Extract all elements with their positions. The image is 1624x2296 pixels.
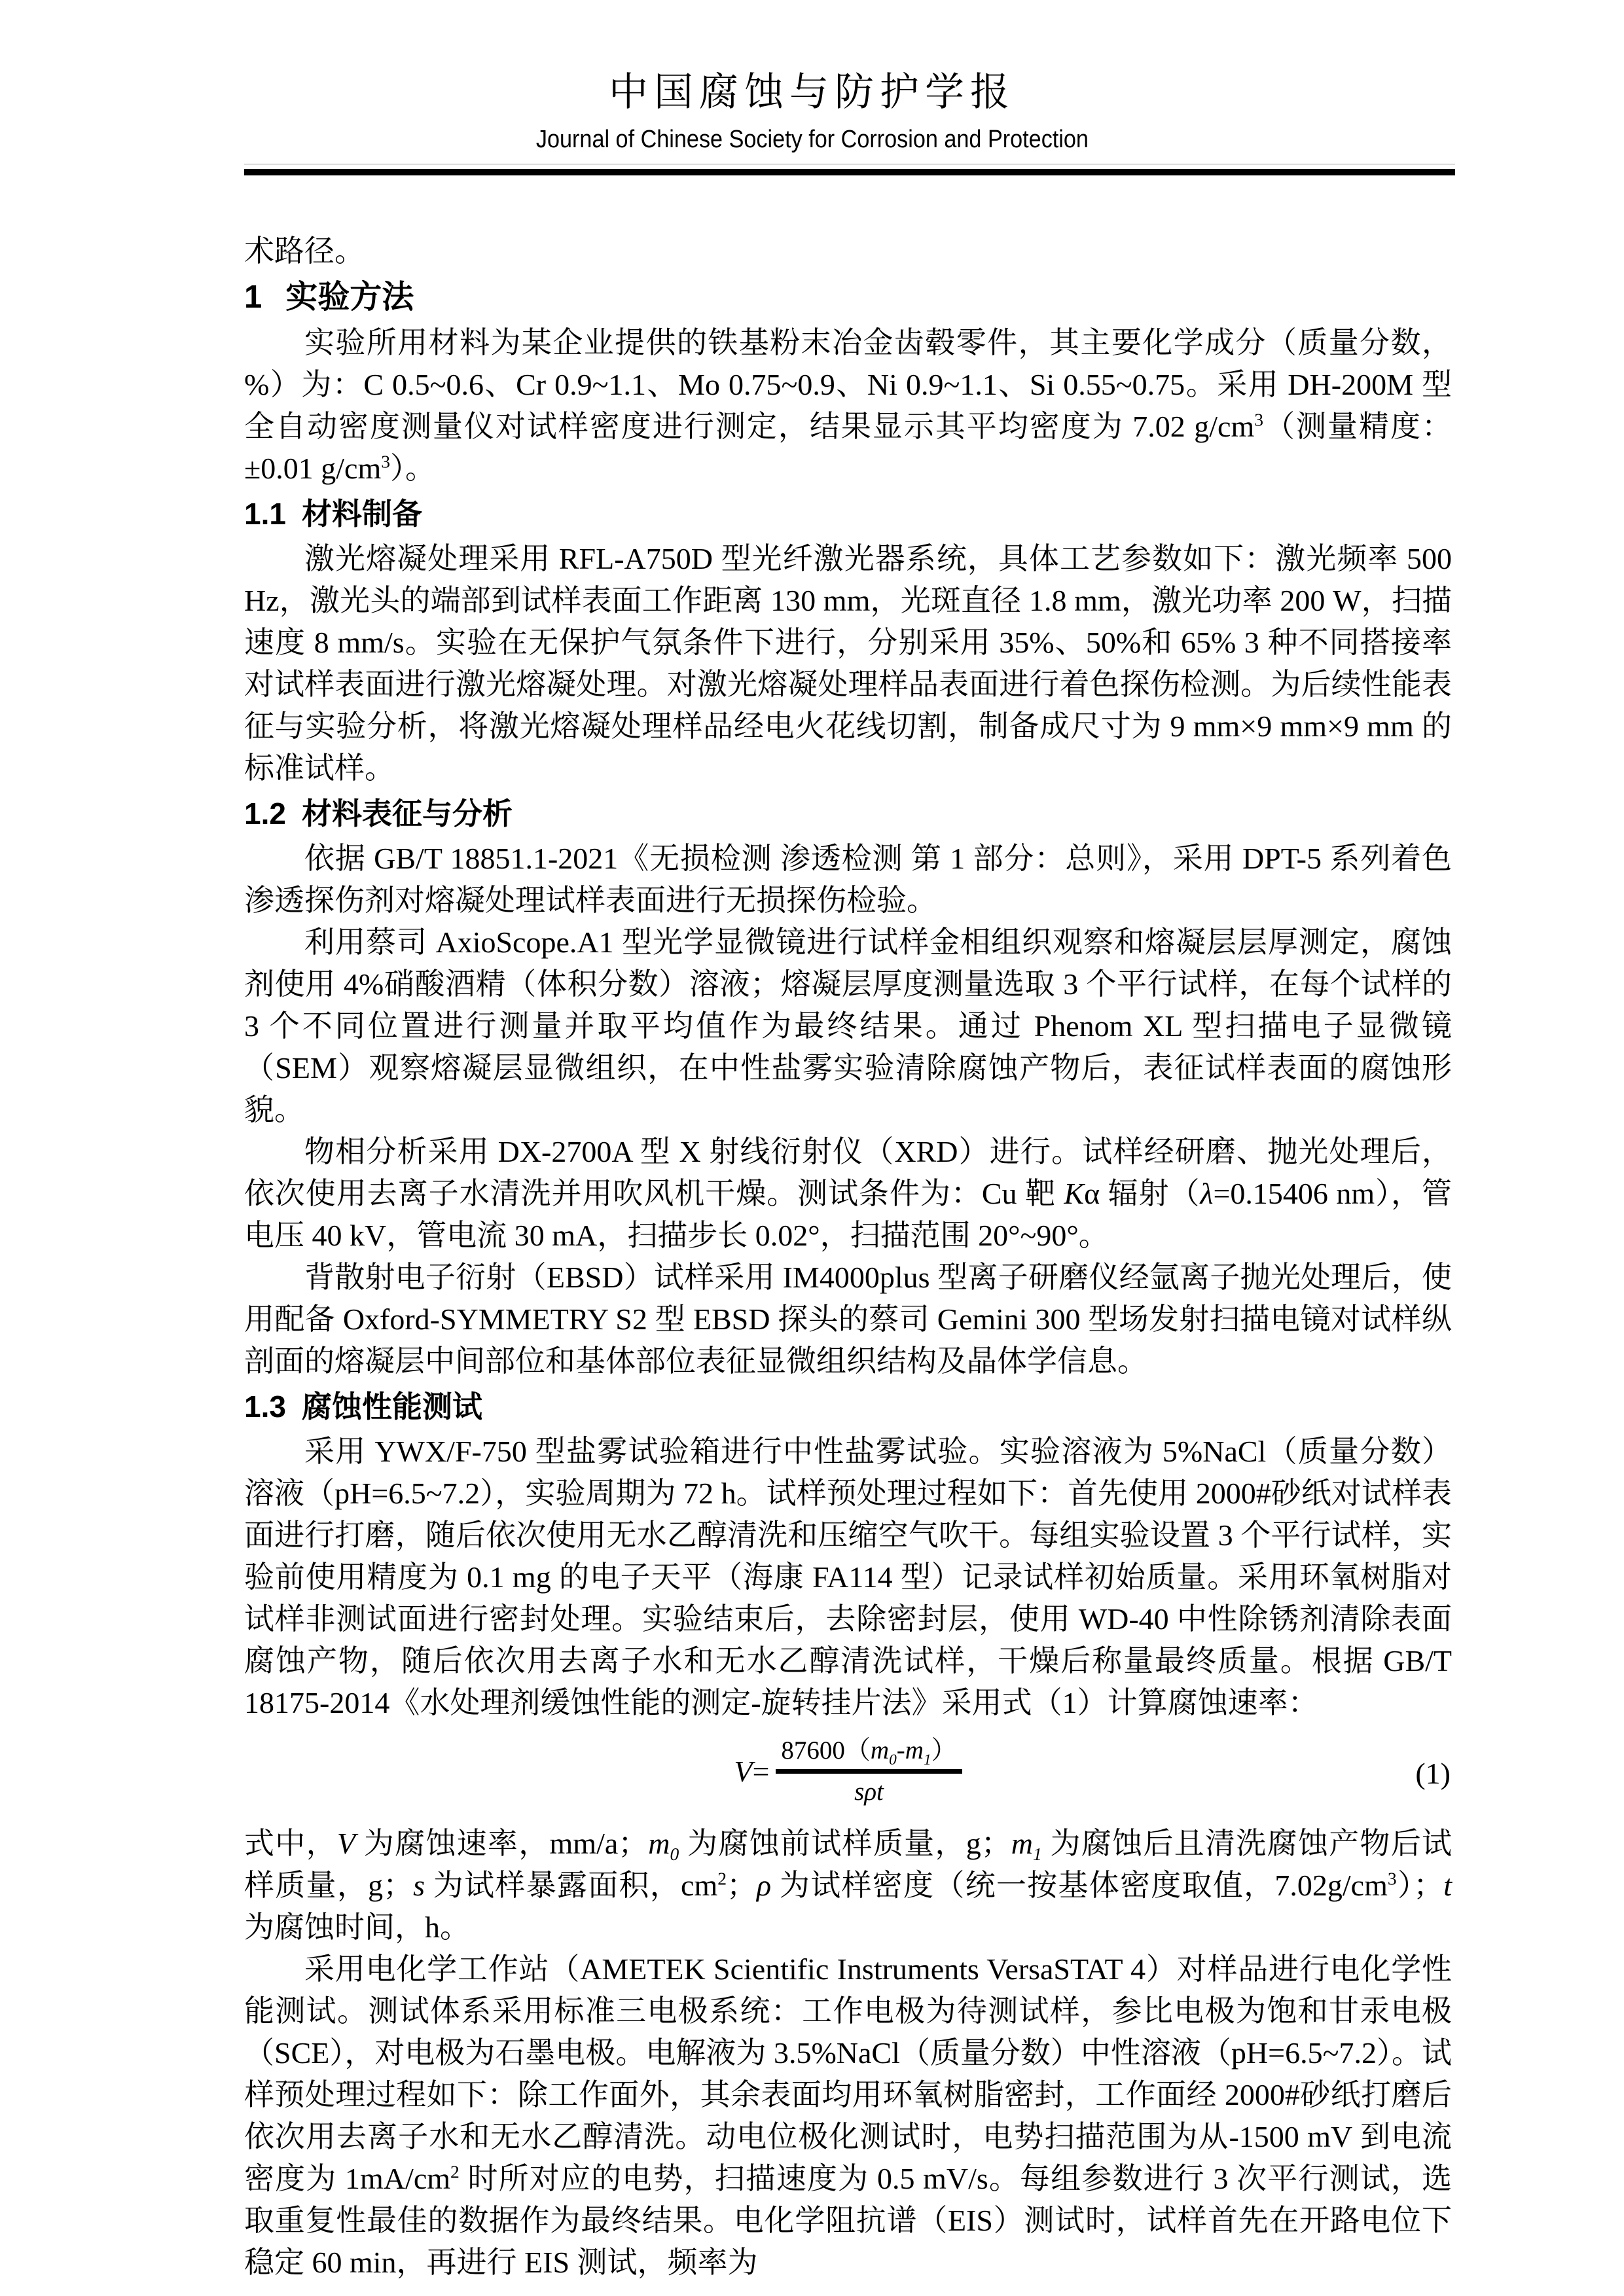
paragraph-optical-microscopy: 利用蔡司 AxioScope.A1 型光学显微镜进行试样金相组织观察和熔凝层层厚… bbox=[244, 922, 1452, 1131]
paragraph-electrochemical: 采用电化学工作站（AMETEK Scientific Instruments V… bbox=[244, 1948, 1452, 2284]
heading-label: 腐蚀性能测试 bbox=[302, 1390, 482, 1424]
intro-fragment-paragraph: 术路径。 bbox=[244, 230, 1452, 272]
journal-header: 中国腐蚀与防护学报 Journal of Chinese Society for… bbox=[0, 68, 1624, 154]
journal-title-cn: 中国腐蚀与防护学报 bbox=[0, 68, 1624, 117]
section-heading-corrosion-test: 1.3腐蚀性能测试 bbox=[244, 1384, 1452, 1429]
paragraph-laser-remelting: 激光熔凝处理采用 RFL-A750D 型光纤激光器系统，具体工艺参数如下：激光频… bbox=[244, 538, 1452, 789]
header-rule-thin bbox=[244, 164, 1455, 165]
fraction-bar bbox=[776, 1769, 962, 1774]
equation-fraction: 87600（m0-m1） sρt bbox=[776, 1734, 962, 1808]
paragraph-ebsd: 背散射电子衍射（EBSD）试样采用 IM4000plus 型离子研磨仪经氩离子抛… bbox=[244, 1257, 1452, 1382]
heading-number: 1.2 bbox=[244, 797, 286, 831]
paragraph-xrd: 物相分析采用 DX-2700A 型 X 射线衍射仪（XRD）进行。试样经研磨、抛… bbox=[244, 1131, 1452, 1257]
paragraph-salt-spray: 采用 YWX/F-750 型盐雾试验箱进行中性盐雾试验。实验溶液为 5%NaCl… bbox=[244, 1431, 1452, 1724]
article-body: 术路径。 1实验方法 实验所用材料为某企业提供的铁基粉末冶金齿毂零件，其主要化学… bbox=[244, 230, 1452, 2284]
header-rule bbox=[244, 164, 1455, 175]
heading-number: 1.3 bbox=[244, 1390, 286, 1424]
paragraph-penetrant-testing: 依据 GB/T 18851.1-2021《无损检测 渗透检测 第 1 部分：总则… bbox=[244, 838, 1452, 922]
journal-title-en: Journal of Chinese Society for Corrosion… bbox=[0, 124, 1624, 154]
fraction-numerator: 87600（m0-m1） bbox=[776, 1734, 962, 1767]
section-heading-characterization: 1.2材料表征与分析 bbox=[244, 791, 1452, 836]
paragraph-material-composition: 实验所用材料为某企业提供的铁基粉末冶金齿毂零件，其主要化学成分（质量分数，%）为… bbox=[244, 322, 1452, 490]
equation-body: V= 87600（m0-m1） sρt bbox=[734, 1734, 962, 1808]
heading-number: 1 bbox=[244, 279, 262, 315]
paragraph-equation-terms: 式中，V 为腐蚀速率，mm/a；m0 为腐蚀前试样质量，g；m1 为腐蚀后且清洗… bbox=[244, 1823, 1452, 1948]
equation-number: (1) bbox=[1415, 1753, 1451, 1795]
heading-label: 材料制备 bbox=[302, 497, 422, 531]
heading-label: 实验方法 bbox=[285, 279, 414, 315]
journal-page: 中国腐蚀与防护学报 Journal of Chinese Society for… bbox=[0, 0, 1624, 2296]
equation-lhs: V= bbox=[734, 1757, 769, 1787]
heading-label: 材料表征与分析 bbox=[302, 797, 513, 831]
fraction-denominator: sρt bbox=[849, 1776, 889, 1808]
heading-number: 1.1 bbox=[244, 497, 286, 531]
section-heading-material-preparation: 1.1材料制备 bbox=[244, 492, 1452, 536]
header-rule-thick bbox=[244, 169, 1455, 175]
section-heading-method: 1实验方法 bbox=[244, 274, 1452, 320]
equation-1: V= 87600（m0-m1） sρt (1) bbox=[244, 1724, 1452, 1823]
journal-title-en-text: Journal of Chinese Society for Corrosion… bbox=[535, 124, 1088, 154]
